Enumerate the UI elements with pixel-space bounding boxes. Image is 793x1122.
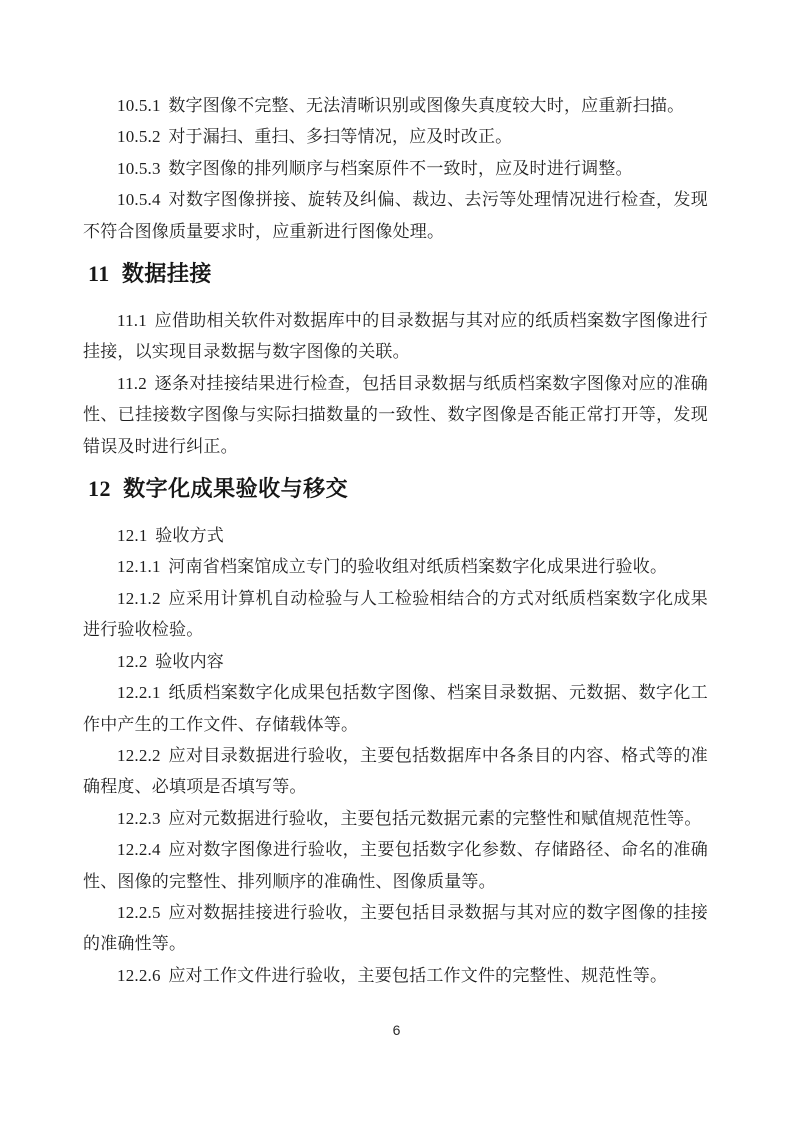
clause-text: 数字图像的排列顺序与档案原件不一致时，应及时进行调整。 <box>168 159 632 178</box>
clause-10-5-1: 10.5.1数字图像不完整、无法清晰识别或图像失真度较大时，应重新扫描。 <box>83 90 708 121</box>
clause-text: 应采用计算机自动检验与人工检验相结合的方式对纸质档案数字化成果进行验收检验。 <box>83 589 708 639</box>
clause-12-2-4: 12.2.4应对数字图像进行验收，主要包括数字化参数、存储路径、命名的准确性、图… <box>83 834 708 897</box>
clause-number: 12.2.2 <box>117 746 161 765</box>
clause-12-1-2: 12.1.2应采用计算机自动检验与人工检验相结合的方式对纸质档案数字化成果进行验… <box>83 583 708 646</box>
clause-text: 应对元数据进行验收，主要包括元数据元素的完整性和赋值规范性等。 <box>168 809 701 828</box>
clause-text: 应对工作文件进行验收，主要包括工作文件的完整性、规范性等。 <box>168 966 667 985</box>
clause-number: 12.2.5 <box>117 903 161 922</box>
clause-11-2: 11.2逐条对挂接结果进行检查，包括目录数据与纸质档案数字图像对应的准确性、已挂… <box>83 368 708 462</box>
clause-10-5-4: 10.5.4对数字图像拼接、旋转及纠偏、裁边、去污等处理情况进行检查，发现不符合… <box>83 184 708 247</box>
clause-number: 12.1.1 <box>117 557 161 576</box>
heading-number: 12 <box>88 476 111 501</box>
clause-10-5-2: 10.5.2对于漏扫、重扫、多扫等情况，应及时改正。 <box>83 121 708 152</box>
clause-text: 对于漏扫、重扫、多扫等情况，应及时改正。 <box>168 127 512 146</box>
heading-title: 数字化成果验收与移交 <box>123 476 348 501</box>
clause-text: 验收内容 <box>155 652 224 671</box>
clause-12-2-1: 12.2.1纸质档案数字化成果包括数字图像、档案目录数据、元数据、数字化工作中产… <box>83 677 708 740</box>
clause-number: 12.2.6 <box>117 966 161 985</box>
clause-12-2: 12.2验收内容 <box>83 646 708 677</box>
clause-text: 应对数据挂接进行验收，主要包括目录数据与其对应的数字图像的挂接的准确性等。 <box>83 903 708 953</box>
document-body: 10.5.1数字图像不完整、无法清晰识别或图像失真度较大时，应重新扫描。 10.… <box>83 90 708 991</box>
clause-12-2-2: 12.2.2应对目录数据进行验收，主要包括数据库中各条目的内容、格式等的准确程度… <box>83 740 708 803</box>
section-heading-11: 11数据挂接 <box>83 253 708 295</box>
page-number: 6 <box>0 1022 793 1038</box>
clause-text: 对数字图像拼接、旋转及纠偏、裁边、去污等处理情况进行检查，发现不符合图像质量要求… <box>83 190 708 240</box>
clause-12-1: 12.1验收方式 <box>83 520 708 551</box>
clause-text: 河南省档案馆成立专门的验收组对纸质档案数字化成果进行验收。 <box>168 557 667 576</box>
clause-12-1-1: 12.1.1河南省档案馆成立专门的验收组对纸质档案数字化成果进行验收。 <box>83 551 708 582</box>
clause-12-2-5: 12.2.5应对数据挂接进行验收，主要包括目录数据与其对应的数字图像的挂接的准确… <box>83 897 708 960</box>
clause-number: 10.5.2 <box>117 127 161 146</box>
clause-number: 12.2.4 <box>117 840 161 859</box>
clause-12-2-3: 12.2.3应对元数据进行验收，主要包括元数据元素的完整性和赋值规范性等。 <box>83 803 708 834</box>
clause-text: 验收方式 <box>155 526 224 545</box>
section-heading-12: 12数字化成果验收与移交 <box>83 468 708 510</box>
clause-number: 12.1 <box>117 526 148 545</box>
document-page: 10.5.1数字图像不完整、无法清晰识别或图像失真度较大时，应重新扫描。 10.… <box>0 0 793 1122</box>
clause-number: 10.5.1 <box>117 96 161 115</box>
heading-title: 数据挂接 <box>122 261 212 286</box>
clause-number: 12.2 <box>117 652 148 671</box>
clause-text: 逐条对挂接结果进行检查，包括目录数据与纸质档案数字图像对应的准确性、已挂接数字图… <box>83 374 708 456</box>
clause-number: 11.1 <box>117 311 147 330</box>
clause-10-5-3: 10.5.3数字图像的排列顺序与档案原件不一致时，应及时进行调整。 <box>83 153 708 184</box>
clause-number: 12.2.3 <box>117 809 161 828</box>
clause-number: 10.5.3 <box>117 159 161 178</box>
clause-text: 数字图像不完整、无法清晰识别或图像失真度较大时，应重新扫描。 <box>168 96 684 115</box>
clause-text: 纸质档案数字化成果包括数字图像、档案目录数据、元数据、数字化工作中产生的工作文件… <box>83 683 708 733</box>
clause-text: 应对目录数据进行验收，主要包括数据库中各条目的内容、格式等的准确程度、必填项是否… <box>83 746 708 796</box>
clause-text: 应对数字图像进行验收，主要包括数字化参数、存储路径、命名的准确性、图像的完整性、… <box>83 840 708 890</box>
clause-12-2-6: 12.2.6应对工作文件进行验收，主要包括工作文件的完整性、规范性等。 <box>83 960 708 991</box>
clause-number: 12.1.2 <box>117 589 161 608</box>
heading-number: 11 <box>88 261 110 286</box>
clause-number: 12.2.1 <box>117 683 161 702</box>
clause-number: 11.2 <box>117 374 147 393</box>
clause-text: 应借助相关软件对数据库中的目录数据与其对应的纸质档案数字图像进行挂接，以实现目录… <box>83 311 708 361</box>
clause-number: 10.5.4 <box>117 190 161 209</box>
clause-11-1: 11.1应借助相关软件对数据库中的目录数据与其对应的纸质档案数字图像进行挂接，以… <box>83 305 708 368</box>
